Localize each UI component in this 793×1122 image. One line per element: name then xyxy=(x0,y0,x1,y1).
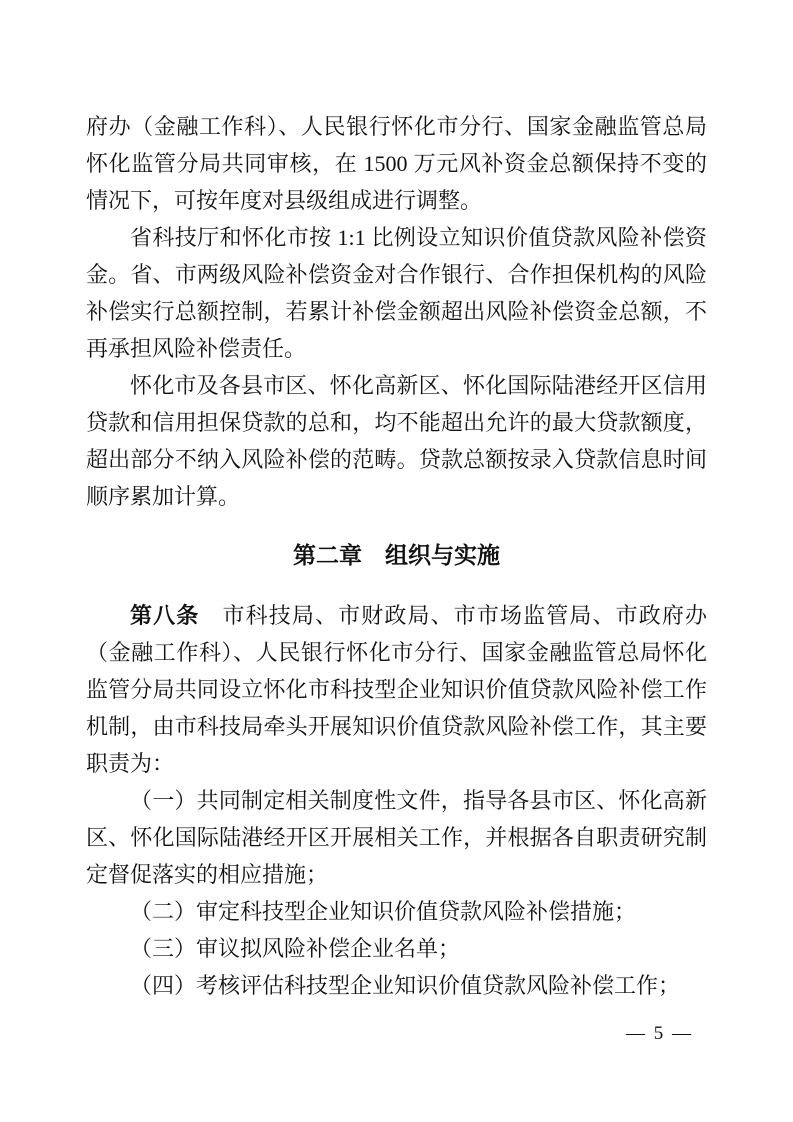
article-8-body: 市科技局、市财政局、市市场监管局、市政府办（金融工作科）、人民银行怀化市分行、国… xyxy=(86,603,707,776)
duty-item-1: （一）共同制定相关制度性文件，指导各县市区、怀化高新区、怀化国际陆港经开区开展相… xyxy=(86,782,707,893)
duty-item-4: （四）考核评估科技型企业知识价值贷款风险补偿工作； xyxy=(86,967,707,1004)
paragraph-fund-setup: 省科技厅和怀化市按 1:1 比例设立知识价值贷款风险补偿资金。省、市两级风险补偿… xyxy=(86,219,707,367)
body-text: 府办（金融工作科）、人民银行怀化市分行、国家金融监管总局怀化监管分局共同审核，在… xyxy=(86,108,707,1004)
chapter-heading: 第二章 组织与实施 xyxy=(86,537,707,574)
article-8-label: 第八条 xyxy=(130,603,199,628)
duty-item-2: （二）审定科技型企业知识价值贷款风险补偿措施； xyxy=(86,893,707,930)
duty-item-3: （三）审议拟风险补偿企业名单； xyxy=(86,930,707,967)
paragraph-continuation: 府办（金融工作科）、人民银行怀化市分行、国家金融监管总局怀化监管分局共同审核，在… xyxy=(86,108,707,219)
paragraph-article-8: 第八条 市科技局、市财政局、市市场监管局、市政府办（金融工作科）、人民银行怀化市… xyxy=(86,597,707,782)
paragraph-loan-limit: 怀化市及各县市区、怀化高新区、怀化国际陆港经开区信用贷款和信用担保贷款的总和，均… xyxy=(86,367,707,515)
document-page: 府办（金融工作科）、人民银行怀化市分行、国家金融监管总局怀化监管分局共同审核，在… xyxy=(0,0,793,1122)
page-number: — 5 — xyxy=(626,1021,693,1047)
